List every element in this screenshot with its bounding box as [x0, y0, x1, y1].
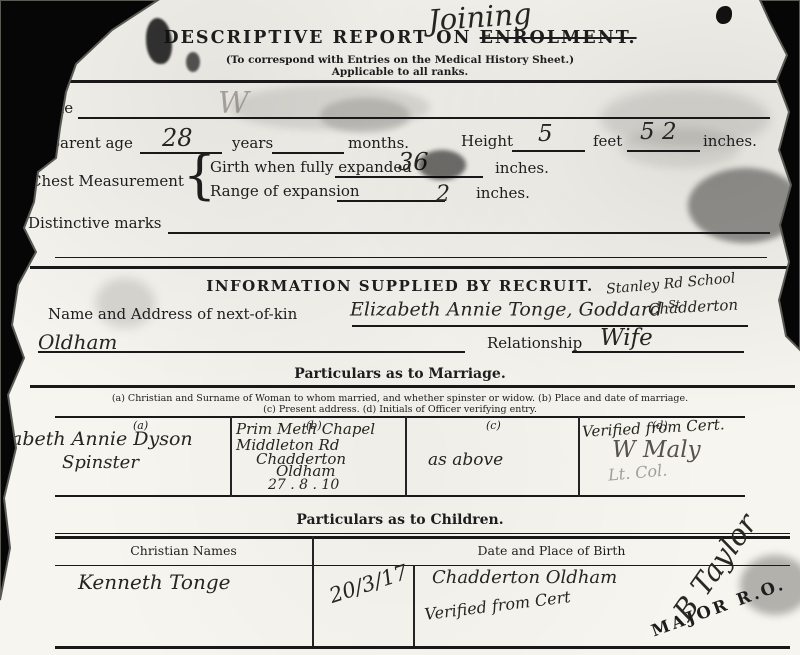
relationship-label: Relationship [487, 334, 582, 352]
chest-measurement-label: Chest Measurement [30, 172, 184, 190]
marks-underline [168, 232, 770, 234]
section-rule [30, 266, 792, 269]
marriage-divider-2 [405, 416, 407, 497]
marriage-heading: Particulars as to Marriage. [0, 366, 800, 382]
relationship-value: Wife [600, 325, 653, 351]
height-label: Height [461, 132, 513, 150]
children-col1-header: Christian Names [55, 543, 312, 558]
height-feet-value: 5 [538, 121, 553, 147]
marriage-wife-status: Spinster [62, 452, 139, 473]
name-label: Name [28, 99, 73, 117]
marriage-rule [30, 385, 795, 388]
marriage-date: 27 . 8 . 10 [268, 477, 339, 493]
marriage-note-line2: (c) Present address. (d) Initials of Off… [0, 404, 800, 415]
girth-value: 36 [398, 148, 429, 176]
distinctive-marks-label: Distinctive marks [28, 214, 161, 232]
marriage-wife-name: Elizabeth Annie Dyson [0, 428, 193, 450]
apparent-age-label: Apparent age [30, 134, 133, 152]
age-years-value: 28 [162, 124, 193, 152]
inches-label: inches. [703, 132, 757, 150]
height-inches-value: 5 2 [640, 119, 677, 145]
next-of-kin-name: Elizabeth Annie Tonge, Goddard [350, 298, 662, 320]
ink-blot [186, 52, 200, 72]
header-rule [0, 80, 800, 83]
document: Joining DESCRIPTIVE REPORT ON ENROLMENT.… [0, 0, 800, 655]
relationship-underline [572, 351, 744, 353]
range-unit: inches. [476, 184, 530, 202]
range-underline [337, 200, 445, 202]
children-table-bottom [55, 646, 790, 649]
marriage-table-bottom [55, 495, 745, 497]
children-table-top-outer [55, 533, 790, 534]
next-of-kin-label: Name and Address of next-of-kin [48, 305, 297, 323]
name-value: W [218, 86, 249, 121]
child-name: Kenneth Tonge [78, 570, 230, 594]
months-underline [272, 152, 344, 154]
officer-signature: W Maly [612, 437, 701, 463]
children-heading: Particulars as to Children. [0, 512, 800, 528]
next-of-kin-value: Elizabeth Annie Tonge, Goddard St [350, 298, 680, 320]
girth-underline [335, 176, 483, 178]
subtitle-line1: (To correspond with Entries on the Medic… [0, 54, 800, 66]
subtitle-line2: Applicable to all ranks. [0, 66, 800, 78]
marriage-present-address: as above [428, 450, 503, 470]
marriage-divider-1 [230, 416, 232, 497]
children-header-underline [55, 565, 790, 566]
nok-town-value: Oldham [38, 330, 117, 354]
years-label: years [232, 134, 273, 152]
page-title: DESCRIPTIVE REPORT ON ENROLMENT. [0, 28, 800, 48]
blank-line [55, 257, 767, 258]
marriage-table-top [55, 416, 745, 418]
girth-label: Girth when fully expanded [210, 158, 412, 176]
range-label: Range of expansion [210, 182, 360, 200]
next-of-kin-underline [352, 325, 748, 327]
children-table-top [55, 536, 790, 539]
range-value: 2 [436, 182, 450, 207]
inches-underline [627, 150, 700, 152]
marriage-col-c-letter: (c) [486, 419, 501, 432]
child-birth-place: Chadderton Oldham [432, 567, 617, 588]
marriage-divider-3 [578, 416, 580, 497]
feet-label: feet [593, 132, 622, 150]
children-divider-2 [413, 565, 415, 646]
marriage-note-line1: (a) Christian and Surname of Woman to wh… [0, 393, 800, 404]
girth-unit: inches. [495, 159, 549, 177]
feet-underline [512, 150, 585, 152]
